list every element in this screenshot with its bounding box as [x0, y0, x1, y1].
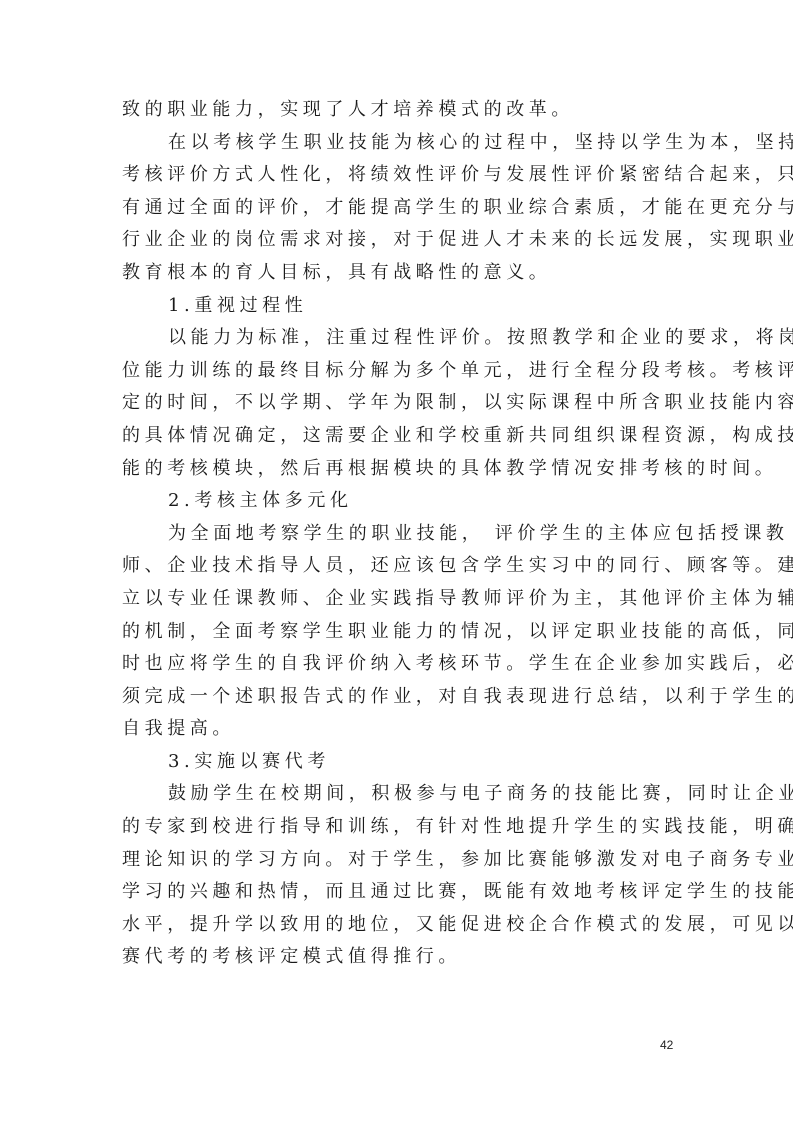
paragraph-evaluation-core: 在以考核学生职业技能为核心的过程中，坚持以学生为本，坚持 考核评价方式人性化，将… — [122, 127, 674, 290]
text-line: 定的时间，不以学期、学年为限制，以实际课程中所含职业技能内容 — [122, 387, 674, 420]
text-line: 的具体情况确定，这需要企业和学校重新共同组织课程资源，构成技 — [122, 420, 674, 453]
text-line: 水平，提升学以致用的地位，又能促进校企合作模式的发展，可见以 — [122, 909, 674, 942]
heading-text: 3.实施以赛代考 — [122, 746, 674, 779]
text-line: 教育根本的育人目标，具有战略性的意义。 — [122, 257, 674, 290]
text-line: 赛代考的考核评定模式值得推行。 — [122, 941, 674, 974]
text-line: 时也应将学生的自我评价纳入考核环节。学生在企业参加实践后，必 — [122, 648, 674, 681]
text-line: 在以考核学生职业技能为核心的过程中，坚持以学生为本，坚持 — [122, 127, 674, 160]
text-line: 鼓励学生在校期间，积极参与电子商务的技能比赛，同时让企业 — [122, 778, 674, 811]
text-line: 有通过全面的评价，才能提高学生的职业综合素质，才能在更充分与 — [122, 192, 674, 225]
text-line: 考核评价方式人性化，将绩效性评价与发展性评价紧密结合起来，只 — [122, 159, 674, 192]
paragraph-competition-assessment: 鼓励学生在校期间，积极参与电子商务的技能比赛，同时让企业 的专家到校进行指导和训… — [122, 778, 674, 974]
heading-text: 2.考核主体多元化 — [122, 485, 674, 518]
text-line: 致的职业能力，实现了人才培养模式的改革。 — [122, 94, 674, 127]
section-heading-1: 1.重视过程性 — [122, 290, 674, 323]
paragraph-diverse-evaluators: 为全面地考察学生的职业技能， 评价学生的主体应包括授课教 师、企业技术指导人员，… — [122, 518, 674, 746]
text-line: 须完成一个述职报告式的作业，对自我表现进行总结，以利于学生的 — [122, 681, 674, 714]
text-line: 师、企业技术指导人员，还应该包含学生实习中的同行、顾客等。建 — [122, 550, 674, 583]
text-line: 自我提高。 — [122, 713, 674, 746]
text-line: 以能力为标准，注重过程性评价。按照教学和企业的要求，将岗 — [122, 322, 674, 355]
section-heading-2: 2.考核主体多元化 — [122, 485, 674, 518]
section-heading-3: 3.实施以赛代考 — [122, 746, 674, 779]
paragraph-process-evaluation: 以能力为标准，注重过程性评价。按照教学和企业的要求，将岗 位能力训练的最终目标分… — [122, 322, 674, 485]
paragraph-continuation: 致的职业能力，实现了人才培养模式的改革。 — [122, 94, 674, 127]
heading-text: 1.重视过程性 — [122, 290, 674, 323]
text-line: 为全面地考察学生的职业技能， 评价学生的主体应包括授课教 — [122, 518, 674, 551]
text-line: 行业企业的岗位需求对接，对于促进人才未来的长远发展，实现职业 — [122, 224, 674, 257]
text-line: 立以专业任课教师、企业实践指导教师评价为主，其他评价主体为辅 — [122, 583, 674, 616]
text-line: 位能力训练的最终目标分解为多个单元，进行全程分段考核。考核评 — [122, 355, 674, 388]
text-line: 理论知识的学习方向。对于学生，参加比赛能够激发对电子商务专业 — [122, 844, 674, 877]
text-line: 的专家到校进行指导和训练，有针对性地提升学生的实践技能，明确 — [122, 811, 674, 844]
text-line: 学习的兴趣和热情，而且通过比赛，既能有效地考核评定学生的技能 — [122, 876, 674, 909]
text-line: 能的考核模块，然后再根据模块的具体教学情况安排考核的时间。 — [122, 453, 674, 486]
document-body: 致的职业能力，实现了人才培养模式的改革。 在以考核学生职业技能为核心的过程中，坚… — [122, 94, 674, 974]
text-line: 的机制，全面考察学生职业能力的情况，以评定职业技能的高低，同 — [122, 616, 674, 649]
page-number: 42 — [660, 1038, 673, 1052]
